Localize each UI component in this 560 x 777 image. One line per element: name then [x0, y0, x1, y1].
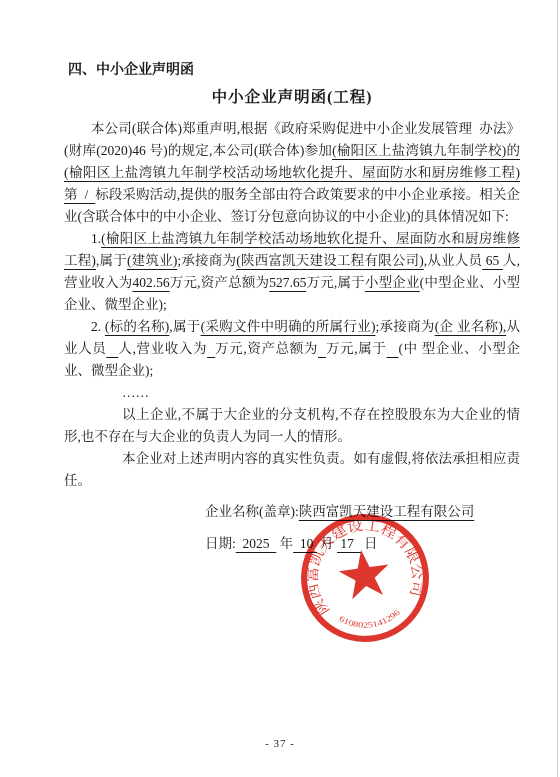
- section-heading: 四、中小企业声明函: [68, 62, 520, 80]
- branch-clause: 以上企业,不属于大企业的分支机构,不存在控股股东为大企业的情形,也不存在与大企业…: [64, 404, 520, 448]
- seal-number-text: 6108025141296: [337, 606, 404, 634]
- intro-paragraph: 本公司(联合体)郑重声明,根据《政府采购促进中小企业发展管理 办法》(财库(20…: [64, 118, 520, 228]
- ellipsis-line: ……: [64, 382, 520, 404]
- company-name-line: 企业名称(盖章):陕西富凯天建设工程有限公司: [205, 500, 520, 524]
- signature-block: 企业名称(盖章):陕西富凯天建设工程有限公司 日期: 2025 年 10 月 1…: [64, 500, 520, 556]
- document-page: 四、中小企业声明函 中小企业声明函(工程) 本公司(联合体)郑重声明,根据《政府…: [0, 0, 560, 777]
- date-line: 日期: 2025 年 10 月 17 日: [205, 532, 520, 556]
- page-number: - 37 -: [0, 738, 560, 750]
- enterprise-item-1: 1.(榆阳区上盐湾镇九年制学校活动场地软化提升、屋面防水和厨房维修工程),属于(…: [64, 228, 520, 316]
- page-edge-divider: [557, 0, 558, 777]
- enterprise-item-2: 2. (标的名称),属于(采购文件中明确的所属行业);承接商为(企 业名称),从…: [64, 316, 520, 382]
- document-title: 中小企业声明函(工程): [64, 88, 520, 108]
- seal-number-arc: 6108025141296: [337, 606, 404, 634]
- responsibility-clause: 本企业对上述声明内容的真实性负责。如有虚假,将依法承担相应责任。: [64, 448, 520, 492]
